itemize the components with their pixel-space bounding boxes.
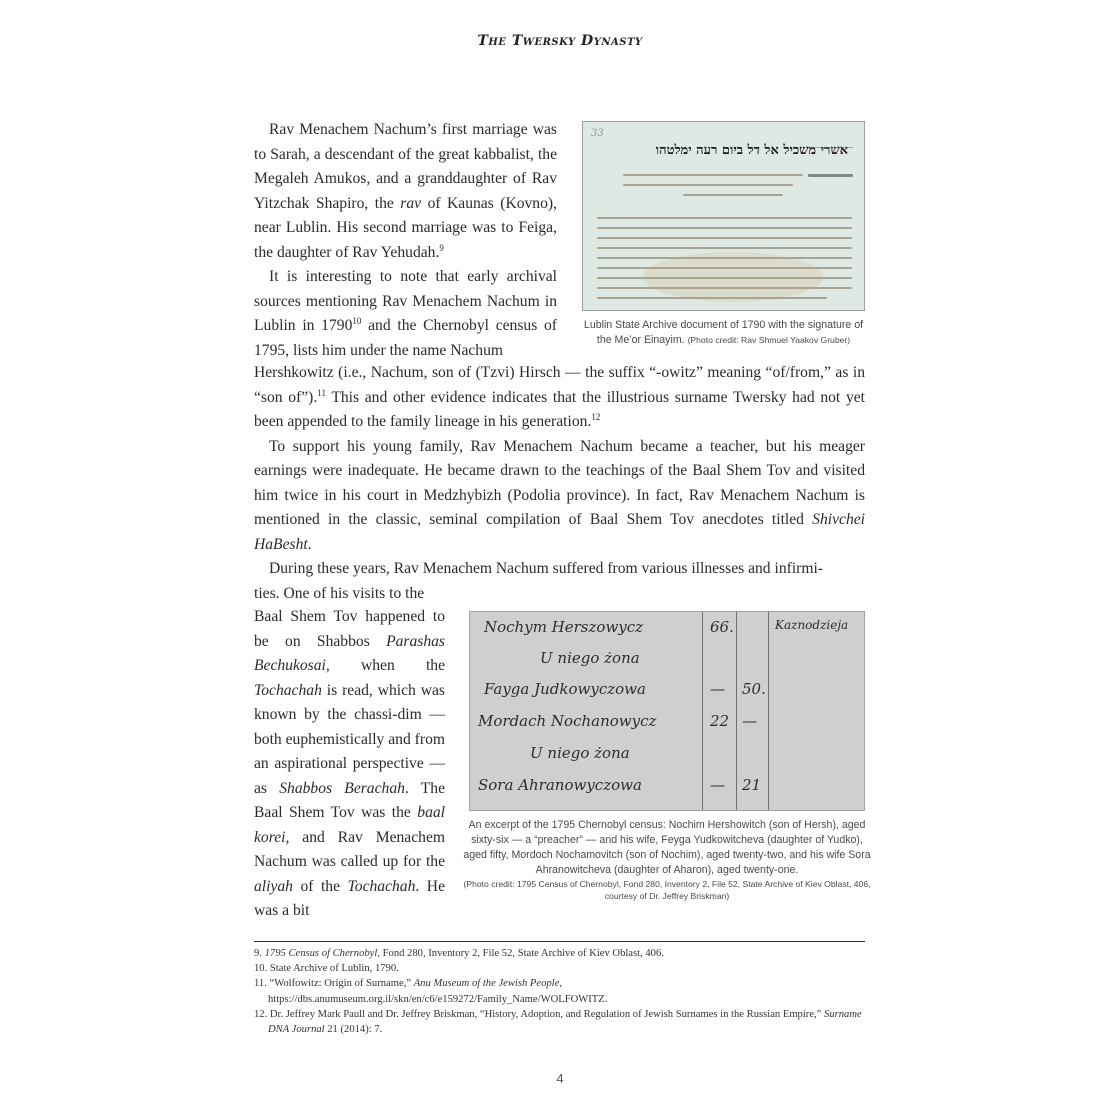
chernobyl-census-image: Nochym Herszowycz 66. Kaznodzieja U nieg… xyxy=(469,611,865,811)
figure-1-caption: Lublin State Archive document of 1790 wi… xyxy=(582,318,865,348)
census-row-1-note: Kaznodzieja xyxy=(775,618,848,632)
census-row-4-age: 22 xyxy=(710,712,729,730)
handwriting xyxy=(808,147,853,148)
census-row-6-dash: — xyxy=(710,776,725,794)
census-row-1-name: Nochym Herszowycz xyxy=(484,618,643,636)
paragraph-4-narrow: Baal Shem Tov happened to be on Shabbos … xyxy=(254,605,445,924)
census-row-6-age: 21 xyxy=(742,776,761,794)
census-row-4-dash: — xyxy=(742,712,757,730)
footnote-ref-9[interactable]: 9 xyxy=(439,242,444,252)
paragraph-2-start: It is interesting to note that early arc… xyxy=(254,265,557,363)
census-row-3-age: 50. xyxy=(742,680,766,698)
signature xyxy=(808,174,853,177)
footnote-12: 12. Dr. Jeffrey Mark Paull and Dr. Jeffr… xyxy=(254,1007,865,1037)
paragraph-4-narrow-text: Baal Shem Tov happened to be on Shabbos … xyxy=(254,605,445,924)
paragraph-1: Rav Menachem Nachum’s first marriage was… xyxy=(254,118,557,265)
paragraph-2-continued: Hershkowitz (i.e., Nachum, son of (Tzvi)… xyxy=(254,361,865,435)
figure-2-caption: An excerpt of the 1795 Chernobyl census:… xyxy=(462,818,872,902)
census-row-6-name: Sora Ahranowyczowa xyxy=(478,776,642,794)
footnote-10: 10. State Archive of Lublin, 1790. xyxy=(254,961,865,976)
running-head: The Twersky Dynasty xyxy=(0,33,1120,49)
census-row-4-name: Mordach Nochanowycz xyxy=(478,712,656,730)
paragraph-4-line1: During these years, Rav Menachem Nachum … xyxy=(254,557,865,582)
paragraph-1-block: Rav Menachem Nachum’s first marriage was… xyxy=(254,118,557,363)
paragraph-4-line2: ties. One of his visits to the xyxy=(254,582,865,607)
census-row-3-dash: — xyxy=(710,680,725,698)
footnote-ref-12[interactable]: 12 xyxy=(591,412,600,422)
footnote-ref-11[interactable]: 11 xyxy=(317,387,326,397)
paragraph-3: To support his young family, Rav Menache… xyxy=(254,435,865,558)
footnote-11: 11. “Wolfowitz: Origin of Surname,” Anu … xyxy=(254,976,865,1006)
caption-text: An excerpt of the 1795 Chernobyl census:… xyxy=(462,818,872,878)
archive-mark: 33 xyxy=(591,128,604,139)
census-row-5-name: U niego żona xyxy=(530,744,630,762)
census-row-2-name: U niego żona xyxy=(540,649,640,667)
paragraph-2-cont-block: Hershkowitz (i.e., Nachum, son of (Tzvi)… xyxy=(254,361,865,606)
footnote-divider xyxy=(254,941,865,942)
lublin-archive-document-image: 33 אשרי משכיל אל דל ביום רעה ימלטהו xyxy=(582,121,865,311)
census-row-3-name: Fayga Judkowyczowa xyxy=(484,680,646,698)
photo-credit: (Photo credit: 1795 Census of Chernobyl,… xyxy=(462,878,872,902)
footnotes: 9. 1795 Census of Chernobyl, Fond 280, I… xyxy=(254,946,865,1037)
page-number: 4 xyxy=(0,1071,1120,1086)
footnote-9: 9. 1795 Census of Chernobyl, Fond 280, I… xyxy=(254,946,865,961)
census-row-1-age: 66. xyxy=(710,618,734,636)
hebrew-heading: אשרי משכיל אל דל ביום רעה ימלטהו xyxy=(638,142,848,158)
photo-credit: (Photo credit: Rav Shmuel Yaakov Gruber) xyxy=(688,335,851,345)
